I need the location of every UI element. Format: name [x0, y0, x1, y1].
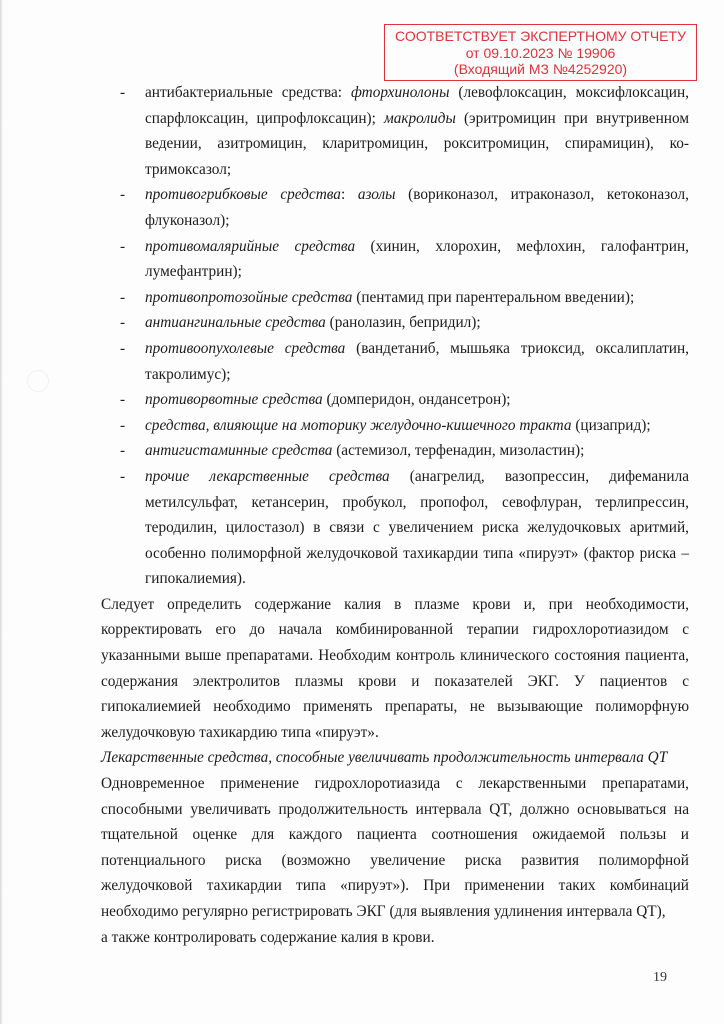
list-item: -противорвотные средства (домперидон, он…	[101, 387, 689, 413]
text-run: (пентамид при парентеральном введении);	[352, 289, 634, 306]
italic-term: фторхинолоны	[351, 84, 449, 101]
bullet-dash: -	[120, 182, 125, 208]
paragraph-qt-last-line: а также контролировать содержание калия …	[101, 925, 689, 951]
list-item-text: антигистаминные средства (астемизол, тер…	[145, 438, 689, 464]
drug-class-list: -антибактериальные средства: фторхинолон…	[101, 80, 689, 592]
list-item: -антибактериальные средства: фторхинолон…	[101, 80, 689, 182]
paragraph-potassium: Следует определить содержание калия в пл…	[101, 592, 689, 746]
italic-term: макролиды	[384, 110, 456, 127]
list-item-text: прочие лекарственные средства (анагрелид…	[145, 464, 689, 592]
italic-term: противорвотные средства	[145, 391, 323, 408]
italic-term: противопротозойные средства	[145, 289, 352, 306]
list-item: -антиангинальные средства (ранолазин, бе…	[101, 310, 689, 336]
list-item-text: противопротозойные средства (пентамид пр…	[145, 285, 689, 311]
scan-edge-shadow	[0, 0, 3, 1024]
list-item: -противомалярийные средства (хинин, хлор…	[101, 234, 689, 285]
document-body: -антибактериальные средства: фторхинолон…	[101, 80, 689, 950]
bullet-dash: -	[120, 438, 125, 464]
text-run: (астемизол, терфенадин, мизоластин);	[332, 442, 584, 459]
list-item: -противогрибковые средства: азолы (ворик…	[101, 182, 689, 233]
text-run: (анагрелид, вазопрессин, дифеманила мети…	[145, 468, 689, 587]
italic-term: средства, влияющие на моторику желудочно…	[145, 417, 572, 434]
stamp-line-2: от 09.10.2023 № 19906	[385, 45, 696, 62]
list-item-text: противомалярийные средства (хинин, хлоро…	[145, 234, 689, 285]
italic-term: антиангинальные средства	[145, 314, 326, 331]
document-page: СООТВЕТСТВУЕТ ЭКСПЕРТНОМУ ОТЧЕТУ от 09.1…	[0, 0, 724, 1024]
section-heading-qt: Лекарственные средства, способные увелич…	[101, 745, 689, 771]
bullet-dash: -	[120, 464, 125, 490]
list-item: -антигистаминные средства (астемизол, те…	[101, 438, 689, 464]
text-run: (ранолазин, бепридил);	[326, 314, 481, 331]
stamp-line-3: (Входящий МЗ №4252920)	[385, 61, 696, 78]
paragraph-qt: Одновременное применение гидрохлоротиази…	[101, 771, 689, 925]
bullet-dash: -	[120, 234, 125, 260]
stamp-line-1: СООТВЕТСТВУЕТ ЭКСПЕРТНОМУ ОТЧЕТУ	[385, 28, 696, 45]
text-run: (цизаприд);	[572, 417, 651, 434]
expert-report-stamp: СООТВЕТСТВУЕТ ЭКСПЕРТНОМУ ОТЧЕТУ от 09.1…	[384, 24, 697, 81]
list-item-text: антиангинальные средства (ранолазин, беп…	[145, 310, 689, 336]
list-item: -противоопухолевые средства (вандетаниб,…	[101, 336, 689, 387]
list-item-text: противогрибковые средства: азолы (ворико…	[145, 182, 689, 233]
scan-hole-mark	[27, 370, 49, 392]
bullet-dash: -	[120, 336, 125, 362]
page-number: 19	[653, 970, 667, 986]
bullet-dash: -	[120, 413, 125, 439]
list-item: -средства, влияющие на моторику желудочн…	[101, 413, 689, 439]
text-run: (домперидон, ондансетрон);	[323, 391, 511, 408]
list-item: -противопротозойные средства (пентамид п…	[101, 285, 689, 311]
bullet-dash: -	[120, 80, 125, 106]
list-item-text: противорвотные средства (домперидон, онд…	[145, 387, 689, 413]
bullet-dash: -	[120, 285, 125, 311]
text-run: :	[341, 186, 358, 203]
list-item-text: антибактериальные средства: фторхинолоны…	[145, 80, 689, 182]
bullet-dash: -	[120, 387, 125, 413]
list-item-text: средства, влияющие на моторику желудочно…	[145, 413, 689, 439]
italic-term: азолы	[358, 186, 396, 203]
bullet-dash: -	[120, 310, 125, 336]
italic-term: противоопухолевые средства	[145, 340, 345, 357]
text-run: антибактериальные средства:	[145, 84, 351, 101]
italic-term: антигистаминные средства	[145, 442, 332, 459]
italic-term: прочие лекарственные средства	[145, 468, 390, 485]
italic-term: противомалярийные средства	[145, 238, 355, 255]
list-item: -прочие лекарственные средства (анагрели…	[101, 464, 689, 592]
italic-term: противогрибковые средства	[145, 186, 341, 203]
list-item-text: противоопухолевые средства (вандетаниб, …	[145, 336, 689, 387]
